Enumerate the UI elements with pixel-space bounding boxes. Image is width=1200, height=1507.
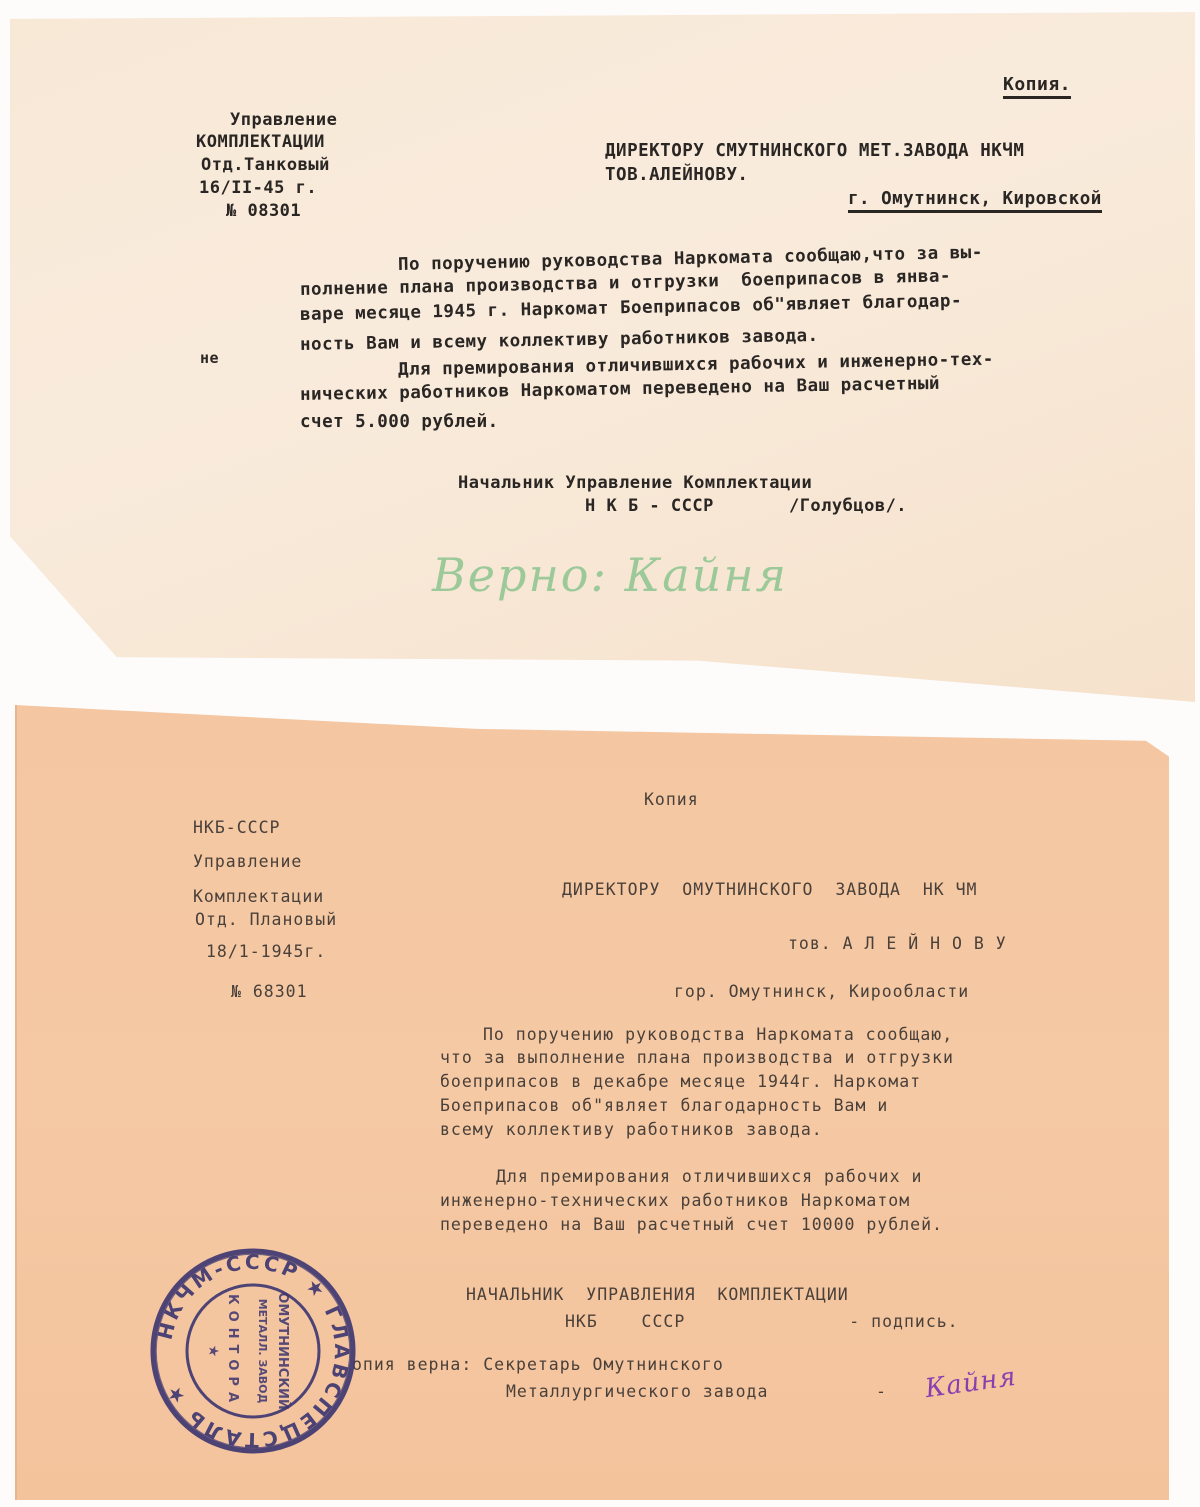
doc2-addressee-line-1: ДИРЕКТОРУ ОМУТНИНСКОГО ЗАВОДА НК ЧМ (562, 880, 978, 899)
svg-text:★: ★ (205, 1345, 221, 1358)
doc1-copy-mark: Копия. (1003, 74, 1071, 99)
doc1-header-line-2: КОМПЛЕКТАЦИИ (196, 132, 325, 152)
svg-text:КОНТОРА: КОНТОРА (225, 1294, 240, 1408)
doc2-certification-line-1: опия верна: Секретарь Омутнинского (352, 1355, 724, 1374)
doc2-copy-mark: Копия (644, 790, 699, 809)
doc1-address: г. Омутнинск, Кировской (848, 189, 1102, 213)
doc1-header-line-4: 16/II-45 г. (199, 178, 317, 198)
doc2-body-line-1: По поручению руководства Наркомата сообщ… (483, 1025, 953, 1044)
doc2-header-line-3: Комплектации (193, 887, 324, 906)
official-round-stamp: НКЧМ-СССР ★ ГЛАВСПЕЦСТАЛЬ ★ ОМУТНИНСКИЙ … (147, 1245, 359, 1457)
doc2-body-line-7: инженерно-технических работников Наркома… (440, 1191, 910, 1210)
doc2-body-line-5: всему коллективу работников завода. (440, 1120, 823, 1139)
doc1-header-line-3: Отд.Танковый (201, 155, 330, 175)
doc2-certification-dash: - (876, 1382, 887, 1401)
doc2-header-line-1: НКБ-СССР (193, 818, 280, 837)
svg-text:НКЧМ-СССР ★ ГЛАВСПЕЦСТАЛЬ ★: НКЧМ-СССР ★ ГЛАВСПЕЦСТАЛЬ ★ (153, 1250, 355, 1452)
doc2-body-line-6: Для премирования отличившихся рабочих и (496, 1167, 922, 1186)
doc2-certification-line-2: Металлургического завода (506, 1382, 768, 1401)
doc1-body-line-7: счет 5.000 рублей. (300, 412, 499, 432)
doc1-signature-line-2: Н К Б - СССР /Голубцов/. (585, 496, 907, 516)
doc2-signature-line-2: НКБ СССР - подпись. (565, 1312, 959, 1331)
stamp-seal-icon: НКЧМ-СССР ★ ГЛАВСПЕЦСТАЛЬ ★ ОМУТНИНСКИЙ … (147, 1245, 359, 1457)
doc2-addressee-line-2: тов. А Л Е Й Н О В У (788, 934, 1007, 953)
doc2-header-line-4: Отд. Плановый (195, 910, 337, 929)
svg-text:ОМУТНИНСКИЙ: ОМУТНИНСКИЙ (275, 1292, 291, 1409)
doc2-body-line-2: что за выполнение плана производства и о… (440, 1048, 954, 1067)
doc1-header-line-1: Управление (230, 110, 337, 130)
doc2-header-line-5: 18/1-1945г. (206, 942, 326, 961)
doc1-addressee-line-2: ТОВ.АЛЕЙНОВУ. (605, 165, 748, 185)
doc1-header-line-5: № 08301 (226, 201, 301, 221)
doc2-body-line-4: Боеприпасов об"являет благодарность Вам … (440, 1096, 888, 1115)
svg-text:МЕТАЛЛ. ЗАВОД: МЕТАЛЛ. ЗАВОД (256, 1299, 269, 1404)
doc1-addressee-line-1: ДИРЕКТОРУ СМУТНИНСКОГО МЕТ.ЗАВОДА НКЧМ (605, 141, 1024, 161)
doc2-address: гор. Омутнинск, Кирообласти (674, 982, 969, 1001)
doc1-margin-mark: не (200, 349, 219, 367)
doc1-handwritten-verified-note: Верно: Кайня (432, 548, 788, 602)
doc2-header-line-6: № 68301 (231, 982, 308, 1001)
doc1-signature-line-1: Начальник Управление Комплектации (458, 473, 812, 493)
doc2-body-line-3: боеприпасов в декабре месяце 1944г. Нарк… (440, 1072, 921, 1091)
doc2-header-line-2: Управление (193, 852, 302, 871)
doc2-signature-line-1: НАЧАЛЬНИК УПРАВЛЕНИЯ КОМПЛЕКТАЦИИ (466, 1285, 849, 1304)
doc2-body-line-8: переведено на Ваш расчетный счет 10000 р… (440, 1215, 943, 1234)
